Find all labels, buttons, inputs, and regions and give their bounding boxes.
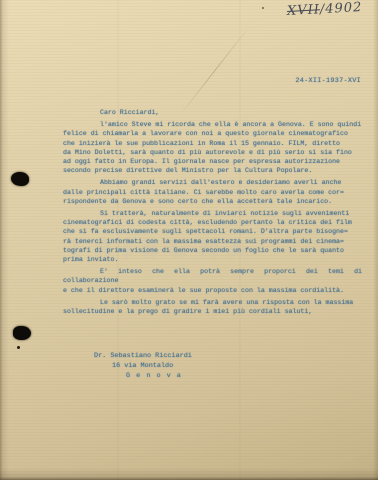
salutation: Caro Ricciardi,	[100, 108, 362, 117]
paragraph-4: E' inteso che ella potrà sempre proporci…	[63, 267, 362, 295]
ink-blot-upper	[11, 172, 29, 186]
ink-speck-lower	[17, 346, 20, 349]
scanned-letter-page: TRIBUNA XVII/4902 24-XII-1937-XVI Caro R…	[0, 0, 378, 480]
paragraph-1: l'amico Steve mi ricorda che ella è anco…	[63, 120, 362, 175]
annotation-number: /4902	[319, 0, 362, 17]
ink-speck-top	[262, 7, 264, 9]
ink-blot-lower	[13, 326, 31, 340]
paragraph-5: Le sarò molto grato se mi farà avere una…	[63, 298, 362, 316]
letter-body: Caro Ricciardi, l'amico Steve mi ricorda…	[63, 108, 362, 316]
recipient-street: 16 via Montaldo	[112, 361, 210, 371]
recipient-city: G e n o v a	[126, 371, 210, 381]
date-line: 24-XII-1937-XVI	[295, 77, 361, 85]
paper-crease	[177, 25, 250, 119]
annotation-crossed-numeral: XVII	[286, 2, 320, 19]
recipient-address: Dr. Sebastiano Ricciardi 16 via Montaldo…	[94, 351, 210, 381]
paragraph-2: Abbiamo grandi servizi dall'estero e des…	[63, 178, 362, 206]
recipient-name: Dr. Sebastiano Ricciardi	[94, 351, 210, 361]
archival-annotation: XVII/4902	[286, 0, 362, 19]
paragraph-3: Si tratterà, naturalmente di inviarci no…	[63, 209, 362, 264]
